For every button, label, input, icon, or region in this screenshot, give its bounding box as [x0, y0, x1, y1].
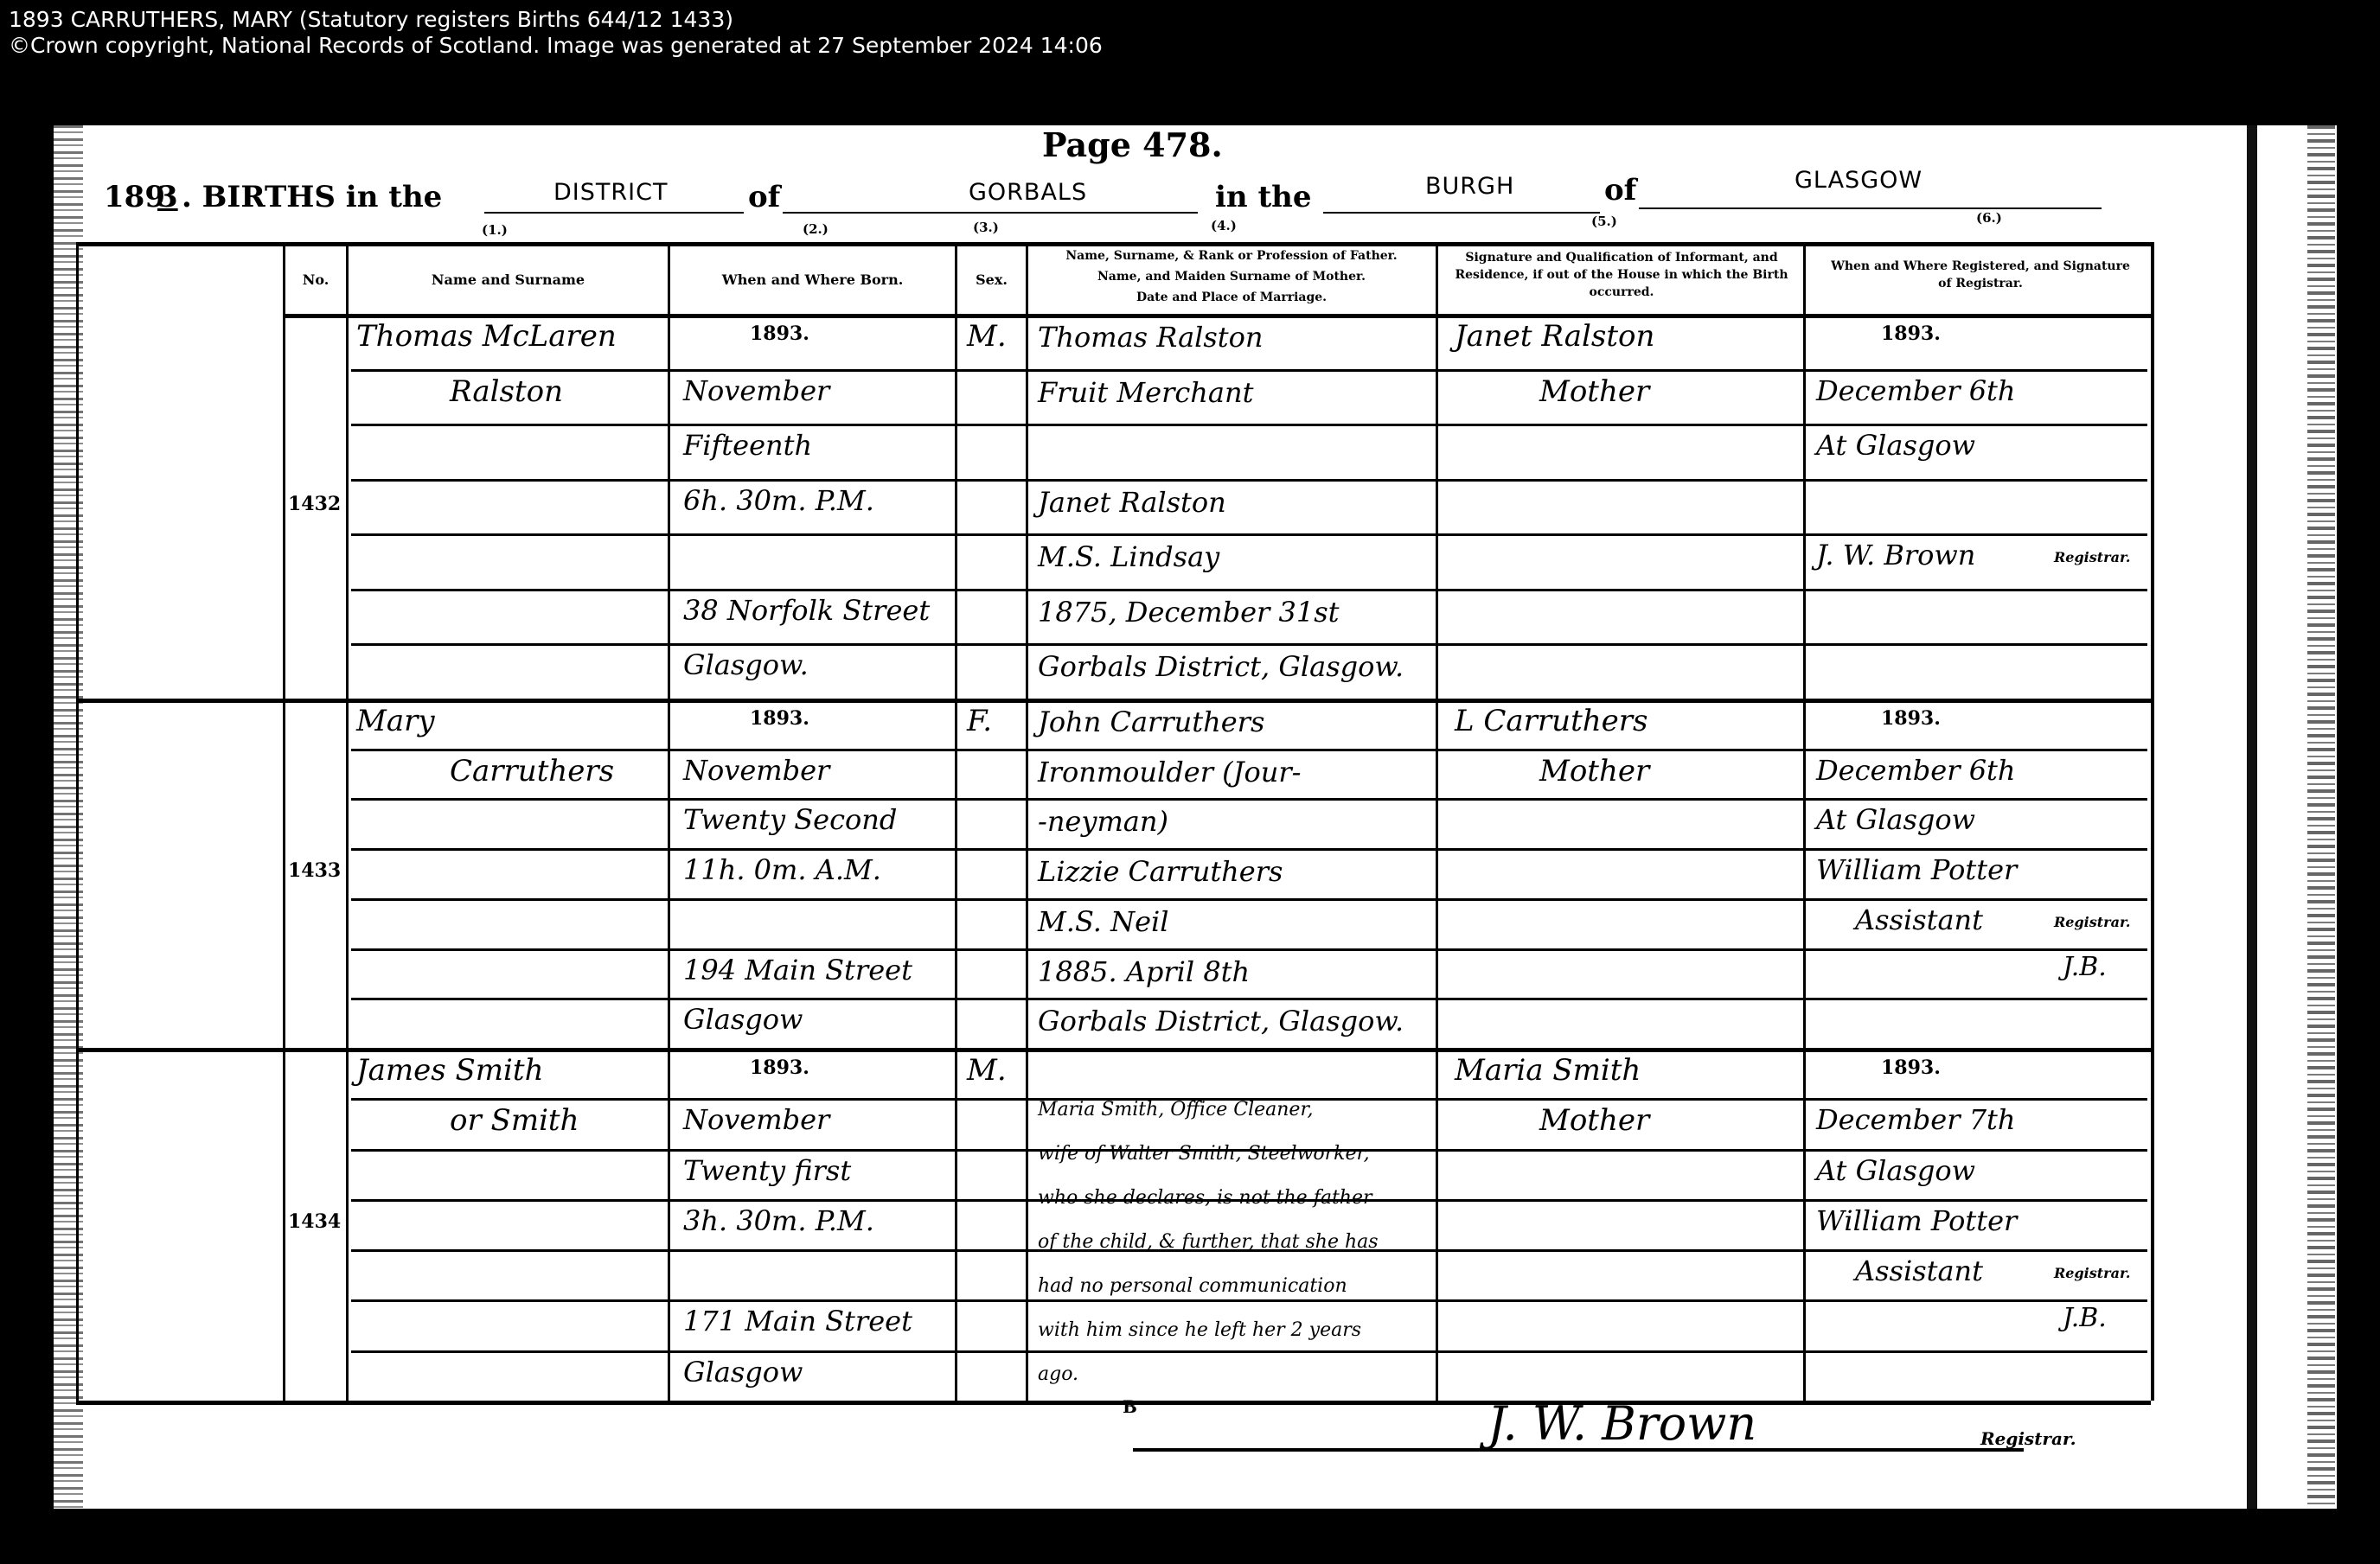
record-title: 1893 CARRUTHERS, MARY (Statutory registe… [9, 7, 733, 32]
ruled-line [351, 643, 2147, 646]
parents-detail-line: M.S. Neil [1038, 905, 1168, 938]
header-parents: Name, Surname, & Rank or Profession of F… [1028, 235, 1435, 318]
birth-detail-line: November [683, 1103, 829, 1136]
registration-detail-line: December 7th [1816, 1103, 2016, 1136]
column-divider-born [668, 242, 670, 1401]
registration-year: 1893. [1881, 322, 1941, 345]
registration-detail-line: December 6th [1816, 374, 2016, 407]
parents-detail-line: had no personal communication [1038, 1275, 1347, 1297]
parents-detail-line: of the child, & further, that she has [1038, 1231, 1379, 1253]
sex-value: F. [967, 704, 992, 738]
birth-detail-line: November [683, 374, 829, 407]
burgh-type-underline [1323, 212, 1600, 214]
ruled-line [351, 998, 2147, 1000]
parents-detail-line: M.S. Lindsay [1038, 540, 1219, 573]
in-the-label: in the [1215, 180, 1312, 214]
column-divider-inf [1436, 242, 1438, 1401]
ruled-line [351, 948, 2147, 951]
registration-year: 1893. [1881, 707, 1941, 730]
ruled-line [351, 848, 2147, 851]
informant-line: Janet Ralston [1455, 319, 1654, 354]
column-divider-name [346, 242, 349, 1401]
copyright-notice: ©Crown copyright, National Records of Sc… [9, 33, 1103, 58]
birth-detail-line: 194 Main Street [683, 954, 912, 986]
informant-line: Mother [1539, 754, 1649, 788]
registration-detail-line: At Glasgow [1816, 429, 1975, 462]
registrar-label: Registrar. [2054, 549, 2130, 565]
entry-separator [76, 1048, 2151, 1052]
registration-year: 1893. [1881, 1056, 1941, 1079]
parents-detail-line: with him since he left her 2 years [1038, 1319, 1361, 1341]
informant-line: Maria Smith [1455, 1053, 1641, 1088]
parents-detail-line: Fruit Merchant [1038, 376, 1253, 409]
header-name: Name and Surname [349, 246, 668, 314]
birth-detail-line: Glasgow [683, 1356, 803, 1388]
parents-detail-line: Gorbals District, Glasgow. [1038, 650, 1404, 683]
column-number-4: (4.) [1211, 218, 1237, 233]
header-born: When and Where Born. [670, 246, 955, 314]
page-number: Page 478. [1042, 125, 1223, 164]
parents-detail-line: 1875, December 31st [1038, 596, 1339, 629]
year-suffix: 3 [157, 180, 178, 214]
header-no: No. [285, 246, 346, 314]
district-name-underline [783, 212, 1198, 214]
birth-detail-line: Twenty Second [683, 803, 897, 836]
ruled-line [351, 369, 2147, 372]
sex-value: M. [967, 319, 1007, 354]
ruled-line [351, 424, 2147, 426]
parents-detail-line: -neyman) [1038, 805, 1168, 838]
child-name-line: James Smith [356, 1053, 543, 1088]
registrar-signature: J. W. Brown [1487, 1396, 1756, 1451]
column-number-1: (1.) [482, 222, 508, 238]
burgh-name: GLASGOW [1795, 167, 1923, 194]
birth-detail-line: Glasgow. [683, 648, 809, 681]
birth-detail-line: 6h. 30m. P.M. [683, 484, 874, 517]
parents-detail-line: John Carruthers [1038, 705, 1264, 738]
header-sex: Sex. [957, 246, 1026, 314]
header-informant: Signature and Qualification of Informant… [1449, 235, 1795, 315]
bottom-registrar-label: Registrar. [1980, 1428, 2076, 1449]
burgh-name-underline [1639, 207, 2102, 209]
informant-line: L Carruthers [1455, 704, 1647, 738]
ruled-line [351, 1299, 2147, 1302]
registration-detail-line: At Glasgow [1816, 1154, 1975, 1187]
birth-detail-line: Glasgow [683, 1003, 803, 1036]
parents-detail-line: wife of Walter Smith, Steelworker, [1038, 1143, 1370, 1165]
parents-detail-line: 1885. April 8th [1038, 955, 1250, 988]
column-number-6: (6.) [1976, 210, 2002, 226]
registration-detail-line: At Glasgow [1816, 803, 1975, 836]
registration-detail-line: William Potter [1816, 853, 2017, 886]
registrar-label: Registrar. [2054, 1265, 2130, 1281]
of-label-2: of [1604, 173, 1636, 207]
parents-detail-line: Lizzie Carruthers [1038, 855, 1283, 888]
page-fold-line [2247, 125, 2257, 1509]
registration-detail-line: William Potter [1816, 1204, 2017, 1237]
district-type-underline [484, 212, 744, 214]
ruled-line [351, 479, 2147, 482]
child-name-line: or Smith [450, 1103, 579, 1138]
registration-detail-line: J. W. Brown [1816, 539, 1975, 571]
ruled-line [351, 1350, 2147, 1353]
registrar-initials: J.B. [2063, 1303, 2107, 1333]
birth-detail-line: 38 Norfolk Street [683, 594, 930, 627]
column-number-5: (5.) [1591, 214, 1617, 229]
parents-detail-line: Ironmoulder (Jour- [1038, 756, 1301, 788]
registrar-label: Registrar. [2054, 914, 2130, 930]
child-name-line: Mary [356, 704, 435, 738]
parents-detail-line: Thomas Ralston [1038, 321, 1264, 354]
header-registered: When and Where Registered, and Signature… [1825, 235, 2136, 315]
column-divider-par [1026, 242, 1028, 1401]
registrar-initials: J.B. [2063, 952, 2107, 982]
birth-year: 1893. [750, 707, 809, 730]
table-bottom-border [76, 1401, 2151, 1405]
of-label-1: of [748, 180, 780, 214]
parents-detail-line: Janet Ralston [1038, 486, 1226, 519]
entry-separator [76, 699, 2151, 703]
table-left-border [76, 242, 79, 1401]
birth-detail-line: Fifteenth [683, 429, 812, 462]
parents-detail-line: Gorbals District, Glasgow. [1038, 1005, 1404, 1037]
entry-number: 1433 [288, 859, 341, 882]
table-right-border [2151, 242, 2154, 1401]
district-name: GORBALS [969, 179, 1087, 206]
registration-detail-line: Assistant [1855, 1254, 1983, 1287]
burgh-type: BURGH [1425, 173, 1514, 200]
child-name-line: Ralston [450, 374, 563, 409]
birth-detail-line: November [683, 754, 829, 787]
entry-number: 1434 [288, 1210, 341, 1233]
column-number-2: (2.) [803, 221, 829, 237]
ruled-line [351, 798, 2147, 801]
bottom-mark: B [1123, 1396, 1137, 1417]
birth-detail-line: 171 Main Street [683, 1305, 912, 1337]
column-number-3: (3.) [973, 220, 999, 235]
births-label: . BIRTHS in the [182, 180, 442, 214]
entry-number: 1432 [288, 493, 341, 515]
parents-detail-line: Maria Smith, Office Cleaner, [1038, 1099, 1314, 1120]
child-name-line: Carruthers [450, 754, 614, 788]
district-type: DISTRICT [553, 179, 668, 206]
ruled-line [351, 533, 2147, 536]
column-divider-sex [955, 242, 957, 1401]
registration-detail-line: Assistant [1855, 903, 1983, 936]
ruled-line [351, 898, 2147, 901]
ruled-line [351, 749, 2147, 751]
parents-detail-line: who she declares, is not the father [1038, 1187, 1372, 1209]
ruled-line [351, 589, 2147, 591]
year-prefix: 189 [104, 180, 165, 214]
column-divider-reg [1803, 242, 1806, 1401]
column-divider-no [283, 242, 285, 1401]
informant-line: Mother [1539, 1103, 1649, 1138]
birth-detail-line: Twenty first [683, 1154, 851, 1187]
child-name-line: Thomas McLaren [356, 319, 617, 354]
birth-detail-line: 3h. 30m. P.M. [683, 1204, 874, 1237]
birth-year: 1893. [750, 1056, 809, 1079]
informant-line: Mother [1539, 374, 1649, 409]
page-edge-right [2307, 125, 2335, 1509]
birth-year: 1893. [750, 322, 809, 345]
parents-detail-line: ago. [1038, 1363, 1078, 1385]
registration-detail-line: December 6th [1816, 754, 2016, 787]
birth-detail-line: 11h. 0m. A.M. [683, 853, 881, 886]
sex-value: M. [967, 1053, 1007, 1088]
